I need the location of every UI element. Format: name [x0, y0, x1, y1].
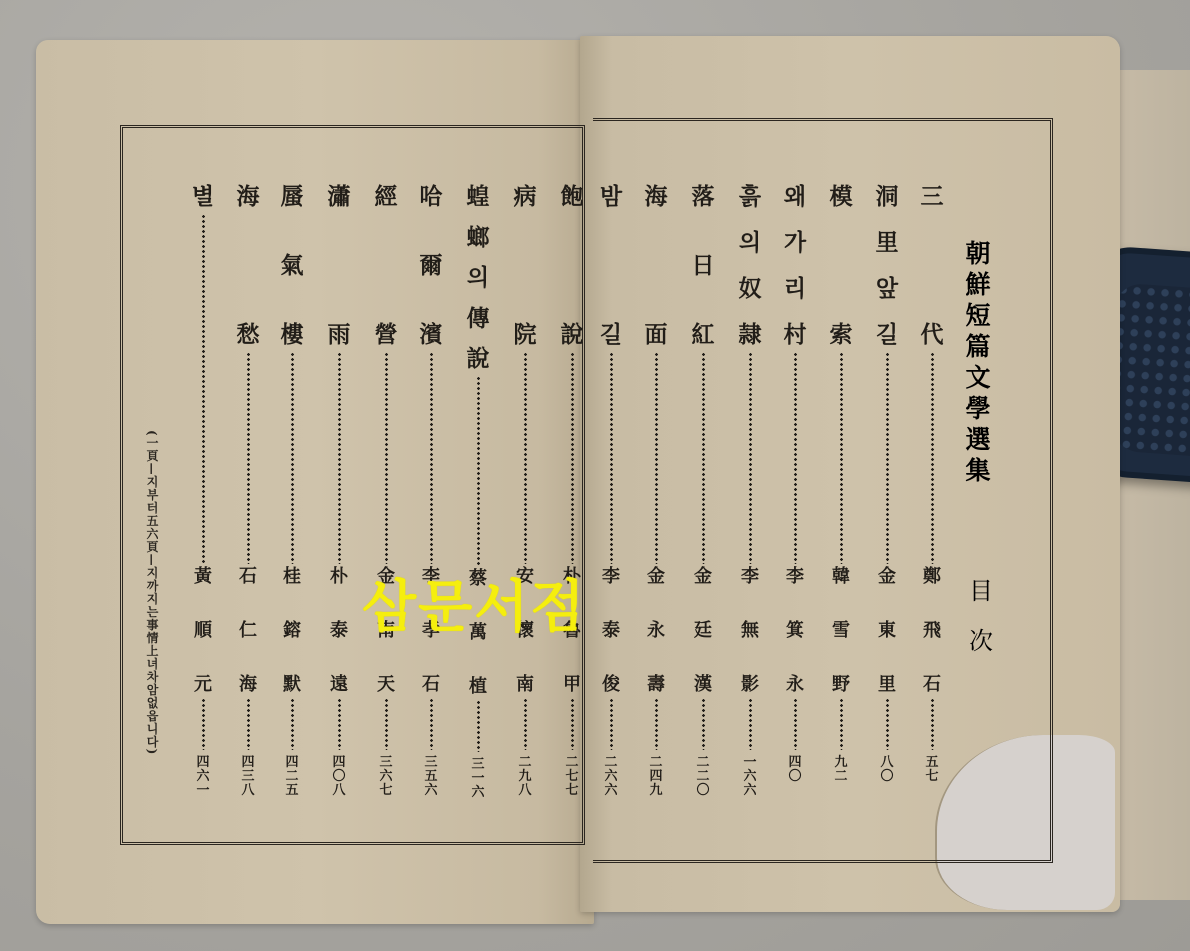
title-char: 營: [371, 323, 401, 346]
page-digit: 四: [324, 756, 354, 770]
toc-entry-title: 模索: [826, 185, 856, 346]
toc-entry-page: 二二〇: [688, 756, 718, 798]
page-digit: 八: [324, 784, 354, 798]
leader-dots: [430, 698, 433, 750]
title-char: 瀟: [324, 185, 354, 208]
title-char: [233, 277, 263, 300]
title-char: [917, 300, 947, 323]
leader-dots: [749, 352, 752, 564]
page-digit: 六: [371, 770, 401, 784]
title-char: [371, 300, 401, 323]
title-char: 隷: [735, 323, 765, 346]
title-char: [735, 300, 765, 323]
leader-dots: [338, 698, 341, 750]
title-char: [324, 254, 354, 277]
title-char: 별: [188, 185, 218, 208]
title-char: [641, 277, 671, 300]
leader-dots: [571, 352, 574, 564]
author-char: 永: [641, 622, 671, 640]
title-char: [917, 208, 947, 231]
author-char: 壽: [641, 676, 671, 694]
toc-entry-page: 二六六: [596, 756, 626, 798]
leader-dots: [840, 352, 843, 564]
title-char: 短: [963, 300, 993, 331]
leader-dots: [655, 352, 658, 564]
author-char: 漢: [688, 676, 718, 694]
page-digit: 二: [641, 756, 671, 770]
title-char: 蝗: [463, 185, 493, 208]
title-char: [596, 231, 626, 254]
leader-dots: [610, 352, 613, 564]
title-char: 海: [641, 185, 671, 208]
author-char: 石: [917, 676, 947, 694]
toc-entry: 哈爾濱李孝石三五六: [416, 185, 446, 798]
title-char: [557, 300, 587, 323]
title-char: [233, 300, 263, 323]
title-char: [371, 254, 401, 277]
author-char: 李: [780, 568, 810, 586]
leader-dots: [385, 352, 388, 564]
page-digit: 九: [510, 770, 540, 784]
page-digit: 三: [416, 756, 446, 770]
author-char: 箕: [780, 622, 810, 640]
title-char: 雨: [324, 323, 354, 346]
page-digit: 〇: [688, 784, 718, 798]
toc-entry: 瀟雨朴泰遠四〇八: [324, 185, 354, 798]
leader-dots: [477, 700, 480, 752]
page-digit: 六: [463, 786, 493, 800]
title-char: 鮮: [963, 269, 993, 300]
page-digit: 六: [596, 770, 626, 784]
author-char: 影: [735, 676, 765, 694]
title-char: 篇: [963, 331, 993, 362]
toc-entry-page: 二四九: [641, 756, 671, 798]
title-char: 海: [233, 185, 263, 208]
author-char: 李: [735, 568, 765, 586]
title-char: [510, 254, 540, 277]
title-char: 說: [557, 323, 587, 346]
toc-entry-page: 四〇八: [324, 756, 354, 798]
title-char: [735, 254, 765, 277]
title-char: [416, 208, 446, 231]
toc-entry-title: 흙의奴隷: [735, 185, 765, 346]
title-char: 哈: [416, 185, 446, 208]
title-char: 集: [963, 455, 993, 486]
title-char: 濱: [416, 323, 446, 346]
page-digit: 〇: [872, 770, 902, 784]
toc-entry-author: 金廷漢: [688, 568, 718, 694]
toc-entry-author: 桂鎔默: [277, 568, 307, 694]
leader-dots: [202, 214, 205, 564]
title-char: [826, 254, 856, 277]
toc-entry: 落日紅金廷漢二二〇: [688, 185, 718, 798]
author-char: 李: [596, 568, 626, 586]
author-char: 里: [872, 676, 902, 694]
toc-entry-title: 哈爾濱: [416, 185, 446, 346]
title-char: [917, 277, 947, 300]
toc-entry-page: 五七: [917, 756, 947, 784]
leader-dots: [886, 698, 889, 750]
toc-entry: 洞里앞길金東里八〇: [872, 185, 902, 784]
page-digit: 四: [780, 756, 810, 770]
toc-entry-author: 黃順元: [188, 568, 218, 694]
toc-entry: 海愁石仁海四三八: [233, 185, 263, 798]
page-digit: 六: [416, 784, 446, 798]
leader-dots: [524, 698, 527, 750]
page-digit: 三: [233, 770, 263, 784]
page-digit: 〇: [780, 770, 810, 784]
page-digit: 五: [277, 784, 307, 798]
page-digit: 七: [557, 784, 587, 798]
toc-entry-title: 飽說: [557, 185, 587, 346]
toc-entry-page: 八〇: [872, 756, 902, 784]
title-char: 落: [688, 185, 718, 208]
toc-entry-page: 四〇: [780, 756, 810, 784]
title-char: 經: [371, 185, 401, 208]
author-char: 朴: [324, 568, 354, 586]
title-char: [277, 277, 307, 300]
title-char: 村: [780, 323, 810, 346]
title-char: [510, 277, 540, 300]
page-digit: 七: [557, 770, 587, 784]
title-char: 洞: [872, 185, 902, 208]
book-title: 朝 鮮 短 篇 文 學 選 集: [960, 238, 996, 486]
page-digit: 四: [277, 756, 307, 770]
leader-dots: [338, 352, 341, 564]
leader-dots: [477, 376, 480, 566]
title-char: [371, 277, 401, 300]
title-char: 愁: [233, 323, 263, 346]
title-char: [780, 300, 810, 323]
page-digit: 五: [416, 770, 446, 784]
footnote: (一頁—지부터五六頁—지까지는事情上녀차암없읍니다): [137, 430, 161, 810]
leader-dots: [247, 698, 250, 750]
title-char: [596, 300, 626, 323]
toc-entry-page: 二七七: [557, 756, 587, 798]
toc-entry-title: 왜가리村: [780, 185, 810, 346]
title-char: 選: [963, 424, 993, 455]
title-char: 爾: [416, 254, 446, 277]
title-char: [463, 289, 493, 307]
title-char: 代: [917, 323, 947, 346]
page-digit: 二: [596, 756, 626, 770]
title-char: 밤: [596, 185, 626, 208]
title-char: [596, 254, 626, 277]
page-digit: 一: [188, 784, 218, 798]
page-digit: 八: [872, 756, 902, 770]
heading-char: 次: [966, 616, 996, 666]
title-char: 學: [963, 393, 993, 424]
toc-entry: 밤길李泰俊二六六: [596, 185, 626, 798]
title-char: [596, 277, 626, 300]
author-char: 野: [826, 676, 856, 694]
title-char: [557, 277, 587, 300]
title-char: [826, 231, 856, 254]
author-char: 泰: [324, 622, 354, 640]
title-char: [596, 208, 626, 231]
page-digit: 八: [510, 784, 540, 798]
leader-dots: [931, 352, 934, 564]
leader-dots: [524, 352, 527, 564]
page-digit: 三: [463, 758, 493, 772]
toc-entry: 왜가리村李箕永四〇: [780, 185, 810, 784]
heading-char: 目: [966, 566, 996, 616]
toc-entry: 흙의奴隷李無影一六六: [735, 185, 765, 798]
toc-entry-page: 一六六: [735, 756, 765, 798]
title-char: [510, 300, 540, 323]
leader-dots: [430, 352, 433, 564]
page-digit: 五: [917, 756, 947, 770]
page-digit: 四: [188, 756, 218, 770]
author-char: 仁: [233, 622, 263, 640]
author-char: 遠: [324, 676, 354, 694]
title-char: [510, 208, 540, 231]
page-digit: 二: [688, 770, 718, 784]
title-char: 朝: [963, 238, 993, 269]
leader-dots: [291, 352, 294, 564]
title-char: [780, 254, 810, 277]
toc-entry-page: 四三八: [233, 756, 263, 798]
author-char: 天: [371, 676, 401, 694]
leader-dots: [702, 698, 705, 750]
title-char: 模: [826, 185, 856, 208]
title-char: [641, 300, 671, 323]
title-char: [277, 231, 307, 254]
leader-dots: [794, 698, 797, 750]
toc-entry: 三代鄭飛石五七: [917, 185, 947, 784]
toc-entry-page: 九二: [826, 756, 856, 784]
title-char: 日: [688, 254, 718, 277]
page-digit: 四: [641, 770, 671, 784]
toc-entry-title: 洞里앞길: [872, 185, 902, 346]
author-char: 南: [510, 676, 540, 694]
toc-entry-page: 四二五: [277, 756, 307, 798]
title-char: 흙: [735, 185, 765, 208]
leader-dots: [291, 698, 294, 750]
title-char: [324, 300, 354, 323]
title-char: [826, 208, 856, 231]
page-digit: 八: [233, 784, 263, 798]
author-char: 東: [872, 622, 902, 640]
toc-entry-title: 落日紅: [688, 185, 718, 346]
author-char: 俊: [596, 676, 626, 694]
author-char: 鄭: [917, 568, 947, 586]
leader-dots: [702, 352, 705, 564]
page-digit: 六: [735, 784, 765, 798]
author-char: 海: [233, 676, 263, 694]
title-char: [826, 300, 856, 323]
title-char: 氣: [277, 254, 307, 277]
title-char: [780, 208, 810, 231]
author-char: 金: [641, 568, 671, 586]
author-char: 無: [735, 622, 765, 640]
toc-entry-title: 三代: [917, 185, 947, 346]
toc-entry-page: 二九八: [510, 756, 540, 798]
title-char: [416, 231, 446, 254]
toc-entry-author: 朴泰遠: [324, 568, 354, 694]
author-char: 永: [780, 676, 810, 694]
author-char: 默: [277, 676, 307, 694]
title-char: 蜃: [277, 185, 307, 208]
toc-entry: 蜃氣樓桂鎔默四二五: [277, 185, 307, 798]
page-digit: 〇: [324, 770, 354, 784]
toc-entry: 海面金永壽二四九: [641, 185, 671, 798]
page-digit: 九: [641, 784, 671, 798]
title-char: [641, 231, 671, 254]
author-char: 石: [233, 568, 263, 586]
title-char: 길: [596, 323, 626, 346]
toc-entry-author: 李無影: [735, 568, 765, 694]
title-char: [233, 208, 263, 231]
toc-entry: 模索韓雪野九二: [826, 185, 856, 784]
author-char: 飛: [917, 622, 947, 640]
title-char: [324, 231, 354, 254]
title-char: [324, 208, 354, 231]
page-digit: 三: [371, 756, 401, 770]
title-char: [688, 300, 718, 323]
title-char: [872, 208, 902, 231]
title-char: 院: [510, 323, 540, 346]
page-digit: 六: [735, 770, 765, 784]
toc-entry-title: 經營: [371, 185, 401, 346]
toc-entry-author: 鄭飛石: [917, 568, 947, 694]
toc-entry-author: 金永壽: [641, 568, 671, 694]
page-digit: 一: [735, 756, 765, 770]
title-char: [416, 300, 446, 323]
toc-entry: 별黃順元四六一: [188, 185, 218, 798]
title-char: 리: [780, 277, 810, 300]
toc-entry-title: 蝗螂의傳說: [463, 185, 493, 370]
title-char: 奴: [735, 277, 765, 300]
author-char: 韓: [826, 568, 856, 586]
toc-entry-title: 밤길: [596, 185, 626, 346]
toc-heading: 目 次: [966, 566, 996, 666]
leader-dots: [655, 698, 658, 750]
title-char: [917, 231, 947, 254]
title-char: 紅: [688, 323, 718, 346]
page-digit: 九: [826, 756, 856, 770]
leader-dots: [886, 352, 889, 564]
title-char: [510, 231, 540, 254]
author-char: 元: [188, 676, 218, 694]
title-char: [872, 300, 902, 323]
toc-entry: 病院安懷南二九八: [510, 185, 540, 798]
author-char: 金: [688, 568, 718, 586]
title-char: [416, 277, 446, 300]
title-char: 의: [463, 266, 493, 289]
toc-entry-author: 李泰俊: [596, 568, 626, 694]
author-char: 金: [872, 568, 902, 586]
toc-entry-title: 瀟雨: [324, 185, 354, 346]
title-char: [233, 254, 263, 277]
leader-dots: [749, 698, 752, 750]
title-char: [557, 208, 587, 231]
title-char: [688, 277, 718, 300]
title-char: 病: [510, 185, 540, 208]
page-digit: 二: [688, 756, 718, 770]
title-char: 索: [826, 323, 856, 346]
toc-entry-author: 金東里: [872, 568, 902, 694]
page-digit: 一: [463, 772, 493, 786]
title-char: 왜: [780, 185, 810, 208]
page-digit: 四: [233, 756, 263, 770]
title-char: [371, 231, 401, 254]
title-char: [557, 254, 587, 277]
title-char: [277, 300, 307, 323]
title-char: [233, 231, 263, 254]
leader-dots: [247, 352, 250, 564]
leader-dots: [931, 698, 934, 750]
watermark: 삼문서점: [362, 563, 586, 643]
title-char: [324, 277, 354, 300]
title-char: [872, 254, 902, 277]
title-char: [917, 254, 947, 277]
author-char: 石: [416, 676, 446, 694]
toc-entry: 經營金南天三六七: [371, 185, 401, 798]
title-char: [641, 208, 671, 231]
title-char: [735, 208, 765, 231]
toc-entry-author: 石仁海: [233, 568, 263, 694]
page-digit: 六: [188, 770, 218, 784]
author-char: 泰: [596, 622, 626, 640]
title-char: 傳: [463, 307, 493, 330]
toc-entry-title: 病院: [510, 185, 540, 346]
author-char: 廷: [688, 622, 718, 640]
title-char: 螂: [463, 226, 493, 249]
title-char: [463, 208, 493, 226]
page-digit: 二: [557, 756, 587, 770]
toc-entry-page: 四六一: [188, 756, 218, 798]
author-char: 黃: [188, 568, 218, 586]
title-char: 飽: [557, 185, 587, 208]
toc-entry-author: 李箕永: [780, 568, 810, 694]
toc-entry-page: 三五六: [416, 756, 446, 798]
title-char: [688, 231, 718, 254]
toc-entry-title: 별: [188, 185, 218, 208]
page-digit: 七: [371, 784, 401, 798]
toc-entry: 飽說朴魯甲二七七: [557, 185, 587, 798]
toc-entry: 蝗螂의傳說蔡萬植三一六: [463, 185, 493, 800]
leader-dots: [202, 698, 205, 750]
author-char: 鎔: [277, 622, 307, 640]
toc-entry-page: 三六七: [371, 756, 401, 798]
leader-dots: [385, 698, 388, 750]
title-char: [826, 277, 856, 300]
title-char: [371, 208, 401, 231]
title-char: 三: [917, 185, 947, 208]
title-char: [557, 231, 587, 254]
toc-entry-author: 韓雪野: [826, 568, 856, 694]
title-char: 가: [780, 231, 810, 254]
toc-entry-title: 海愁: [233, 185, 263, 346]
title-char: [277, 208, 307, 231]
page-digit: 六: [596, 784, 626, 798]
page-digit: 二: [277, 770, 307, 784]
title-char: 길: [872, 323, 902, 346]
toc-entry-page: 三一六: [463, 758, 493, 800]
leader-dots: [840, 698, 843, 750]
title-char: [688, 208, 718, 231]
author-char: 甲: [557, 676, 587, 694]
leader-dots: [610, 698, 613, 750]
title-char: [641, 254, 671, 277]
leader-dots: [794, 352, 797, 564]
title-char: 面: [641, 323, 671, 346]
page-digit: 二: [826, 770, 856, 784]
page-digit: 七: [917, 770, 947, 784]
toc-entry-title: 蜃氣樓: [277, 185, 307, 346]
title-char: 說: [463, 347, 493, 370]
